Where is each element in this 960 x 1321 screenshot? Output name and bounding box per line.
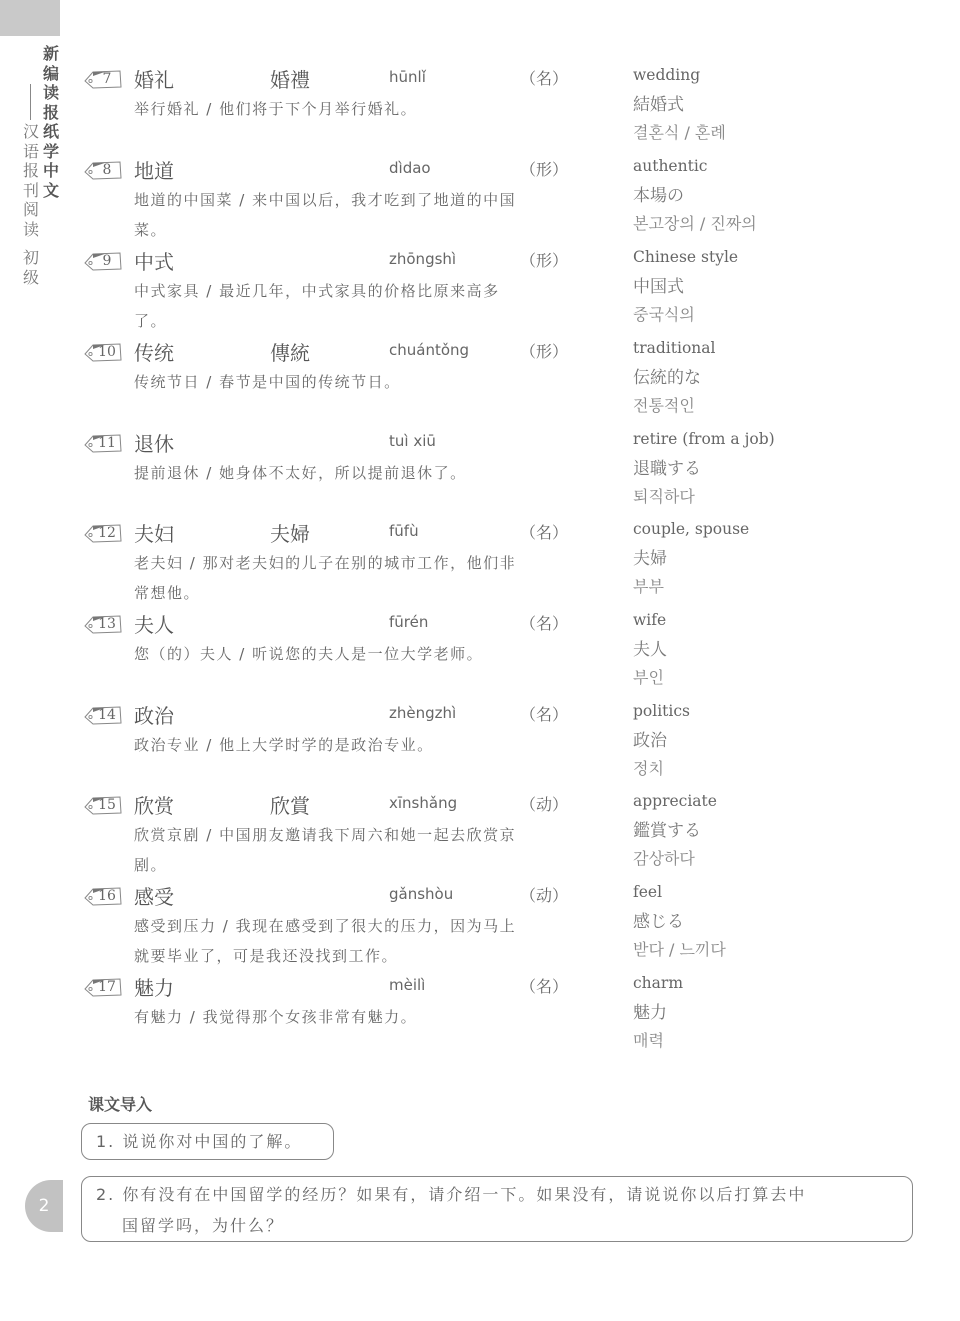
subtitle-char: 汉	[22, 122, 40, 142]
example-sentence: 举行婚礼 / 他们将于下个月举行婚礼。	[134, 94, 524, 124]
pinyin: fūrén	[389, 613, 428, 631]
japanese-gloss: 中国式	[633, 272, 684, 297]
korean-gloss: 매력	[633, 1028, 664, 1051]
series-char: 学	[42, 142, 60, 162]
korean-gloss: 부부	[633, 574, 664, 597]
series-title: 新 编 读 报 纸 学 中 文	[42, 44, 60, 200]
entry-number: 11	[95, 434, 119, 452]
english-gloss: Chinese style	[633, 248, 738, 266]
part-of-speech: （动）	[520, 883, 568, 906]
japanese-gloss: 退職する	[633, 454, 701, 479]
example-sentence: 感受到压力 / 我现在感受到了很大的压力，因为马上就要毕业了，可是我还没找到工作…	[134, 911, 524, 971]
part-of-speech: （动）	[520, 792, 568, 815]
subtitle-char: 读	[22, 220, 40, 240]
pinyin: zhōngshì	[389, 250, 456, 268]
traditional-form: 傳統	[270, 337, 310, 366]
korean-gloss: 퇴직하다	[633, 484, 695, 507]
example-sentence: 有魅力 / 我觉得那个女孩非常有魅力。	[134, 1002, 524, 1032]
question-box-1: 1. 说说你对中国的了解。	[81, 1123, 334, 1160]
series-char: 读	[42, 83, 60, 103]
question-box-2: 2. 你有没有在中国留学的经历？如果有，请介绍一下。如果没有，请说说你以后打算去…	[81, 1176, 913, 1242]
series-char: 纸	[42, 122, 60, 142]
part-of-speech: （名）	[520, 611, 568, 634]
headword: 政治	[134, 700, 174, 729]
headword: 退休	[134, 428, 174, 457]
english-gloss: feel	[633, 883, 662, 901]
pinyin: mèilì	[389, 976, 425, 994]
korean-gloss: 전통적인	[633, 393, 695, 416]
japanese-gloss: 魅力	[633, 998, 667, 1023]
pinyin: hūnlǐ	[389, 68, 426, 86]
corner-tab	[0, 0, 60, 36]
english-gloss: authentic	[633, 157, 707, 175]
english-gloss: politics	[633, 702, 690, 720]
series-char: 编	[42, 64, 60, 84]
english-gloss: couple, spouse	[633, 520, 749, 538]
tag-icon: 7	[84, 70, 120, 88]
tag-icon: 10	[84, 343, 120, 361]
entry-number: 13	[95, 615, 119, 633]
book-subtitle: 汉 语 报 刊 阅 读	[22, 122, 40, 239]
tag-icon: 16	[84, 887, 120, 905]
traditional-form: 夫婦	[270, 518, 310, 547]
example-sentence: 中式家具 / 最近几年，中式家具的价格比原来高多了。	[134, 276, 524, 336]
korean-gloss: 받다 / 느끼다	[633, 937, 726, 960]
entry-number: 17	[95, 978, 119, 996]
part-of-speech: （形）	[520, 157, 568, 180]
english-gloss: retire (from a job)	[633, 430, 775, 448]
example-sentence: 提前退休 / 她身体不太好，所以提前退休了。	[134, 458, 524, 488]
subtitle-char: 阅	[22, 200, 40, 220]
japanese-gloss: 政治	[633, 726, 667, 751]
tag-icon: 17	[84, 978, 120, 996]
pinyin: fūfù	[389, 522, 419, 540]
subtitle-char: 报	[22, 161, 40, 181]
tag-icon: 14	[84, 706, 120, 724]
english-gloss: wedding	[633, 66, 700, 84]
subtitle-char: 刊	[22, 181, 40, 201]
entry-number: 7	[95, 70, 119, 88]
question-text: 1. 说说你对中国的了解。	[96, 1132, 302, 1151]
japanese-gloss: 鑑賞する	[633, 816, 701, 841]
entry-number: 15	[95, 796, 119, 814]
pinyin: gǎnshòu	[389, 885, 453, 903]
tag-icon: 8	[84, 161, 120, 179]
example-sentence: 政治专业 / 他上大学时学的是政治专业。	[134, 730, 524, 760]
english-gloss: appreciate	[633, 792, 717, 810]
korean-gloss: 부인	[633, 665, 664, 688]
pinyin: tuì xiū	[389, 432, 436, 450]
example-sentence: 地道的中国菜 / 来中国以后，我才吃到了地道的中国菜。	[134, 185, 524, 245]
headword: 魅力	[134, 972, 174, 1001]
question-text-continued: 国留学吗，为什么？	[96, 1210, 898, 1241]
traditional-form: 婚禮	[270, 64, 310, 93]
page-number-badge: 2	[25, 1180, 63, 1232]
entry-number: 16	[95, 887, 119, 905]
tag-icon: 9	[84, 252, 120, 270]
pinyin: xīnshǎng	[389, 794, 457, 812]
tag-icon: 12	[84, 524, 120, 542]
headword: 地道	[134, 155, 174, 184]
headword: 夫妇	[134, 518, 174, 547]
headword: 婚礼	[134, 64, 174, 93]
part-of-speech: （名）	[520, 520, 568, 543]
pinyin: chuántǒng	[389, 341, 469, 359]
korean-gloss: 결혼식 / 혼례	[633, 120, 726, 143]
japanese-gloss: 本場の	[633, 181, 684, 206]
korean-gloss: 중국식의	[633, 302, 695, 325]
entry-number: 14	[95, 706, 119, 724]
example-sentence: 欣赏京剧 / 中国朋友邀请我下周六和她一起去欣赏京剧。	[134, 820, 524, 880]
tag-icon: 11	[84, 434, 120, 452]
traditional-form: 欣賞	[270, 790, 310, 819]
part-of-speech: （形）	[520, 248, 568, 271]
example-sentence: 传统节日 / 春节是中国的传统节日。	[134, 367, 524, 397]
japanese-gloss: 夫人	[633, 635, 667, 660]
level-char: 初	[22, 248, 40, 268]
series-char: 文	[42, 181, 60, 201]
english-gloss: charm	[633, 974, 683, 992]
pinyin: dìdao	[389, 159, 431, 177]
korean-gloss: 감상하다	[633, 846, 695, 869]
japanese-gloss: 伝統的な	[633, 363, 701, 388]
series-char: 新	[42, 44, 60, 64]
japanese-gloss: 夫婦	[633, 544, 667, 569]
series-char: 报	[42, 103, 60, 123]
headword: 夫人	[134, 609, 174, 638]
headword: 感受	[134, 881, 174, 910]
example-sentence: 您（的）夫人 / 听说您的夫人是一位大学老师。	[134, 639, 524, 669]
entry-number: 10	[95, 343, 119, 361]
english-gloss: traditional	[633, 339, 715, 357]
pinyin: zhèngzhì	[389, 704, 456, 722]
part-of-speech: （名）	[520, 66, 568, 89]
question-text: 2. 你有没有在中国留学的经历？如果有，请介绍一下。如果没有，请说说你以后打算去…	[96, 1185, 806, 1204]
japanese-gloss: 感じる	[633, 907, 684, 932]
book-level: 初 级	[22, 248, 40, 287]
part-of-speech: （名）	[520, 974, 568, 997]
entry-number: 9	[95, 252, 119, 270]
subtitle-char: 语	[22, 142, 40, 162]
headword: 传统	[134, 337, 174, 366]
japanese-gloss: 結婚式	[633, 90, 684, 115]
level-char: 级	[22, 268, 40, 288]
example-sentence: 老夫妇 / 那对老夫妇的儿子在别的城市工作，他们非常想他。	[134, 548, 524, 608]
korean-gloss: 정치	[633, 756, 664, 779]
headword: 欣赏	[134, 790, 174, 819]
tag-icon: 13	[84, 615, 120, 633]
headword: 中式	[134, 246, 174, 275]
korean-gloss: 본고장의 / 진짜의	[633, 211, 757, 234]
entry-number: 12	[95, 524, 119, 542]
tag-icon: 15	[84, 796, 120, 814]
section-title: 课文导入	[88, 1092, 152, 1115]
part-of-speech: （名）	[520, 702, 568, 725]
part-of-speech: （形）	[520, 339, 568, 362]
divider	[30, 84, 31, 120]
series-char: 中	[42, 161, 60, 181]
english-gloss: wife	[633, 611, 666, 629]
entry-number: 8	[95, 161, 119, 179]
